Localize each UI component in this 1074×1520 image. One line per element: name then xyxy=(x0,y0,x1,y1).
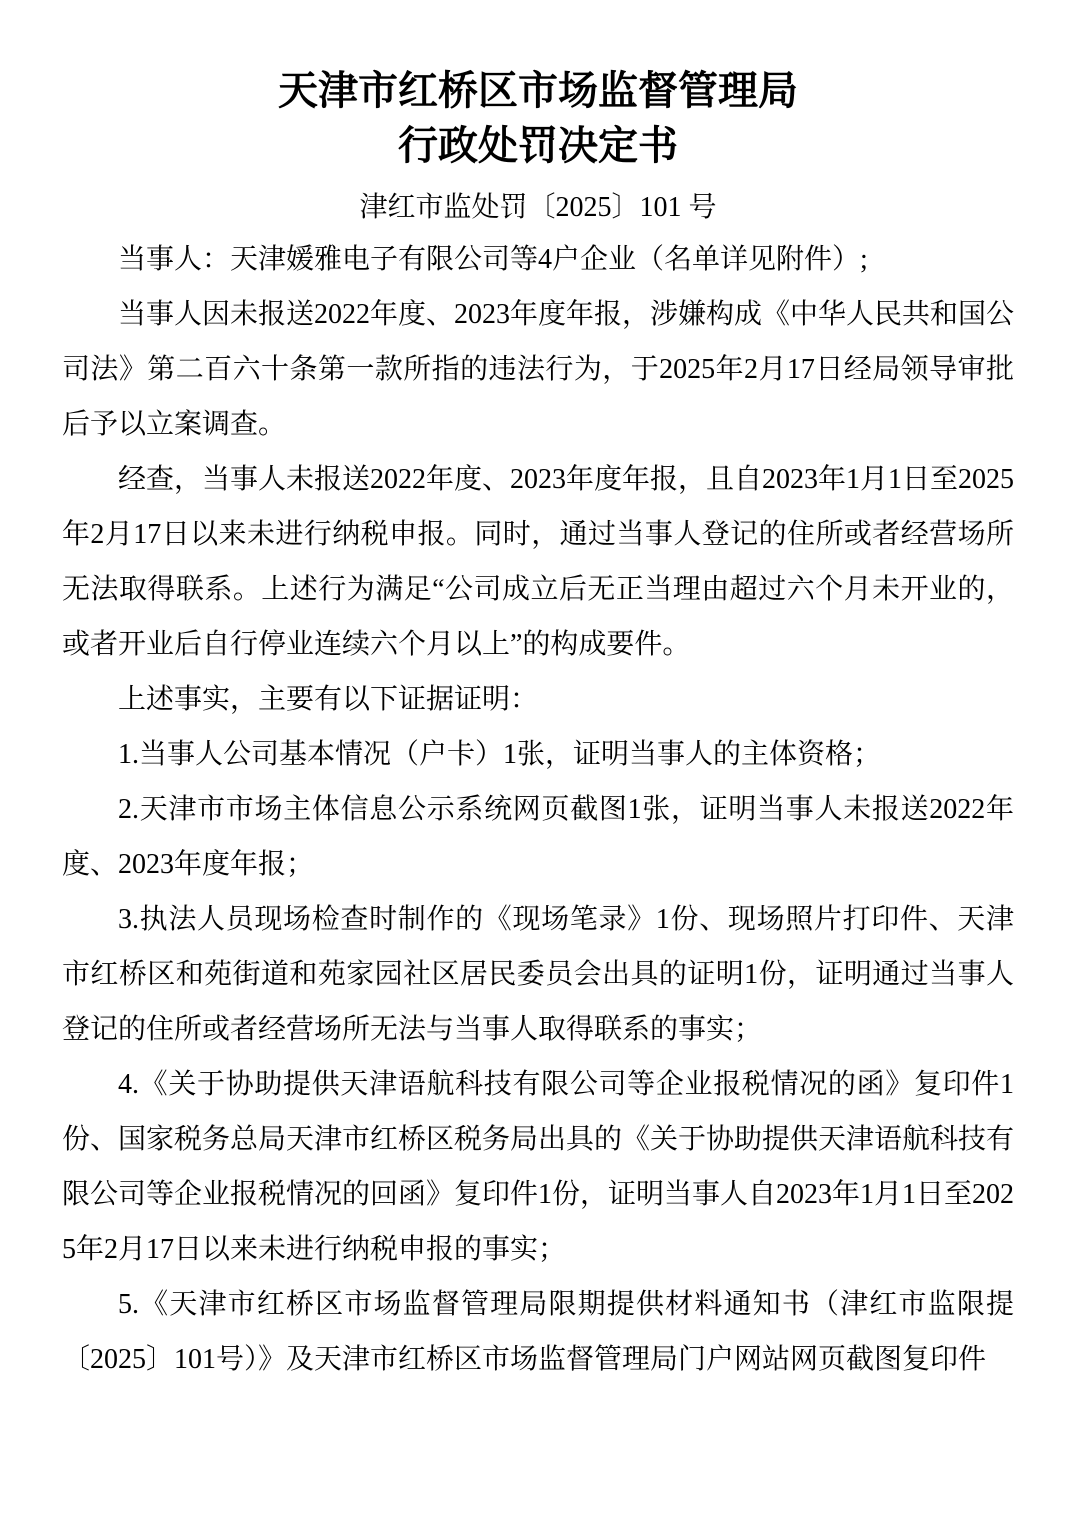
document-title-line1: 天津市红桥区市场监督管理局 xyxy=(278,69,798,113)
evidence-item-5: 5.《天津市红桥区市场监督管理局限期提供材料通知书（津红市监限提〔2025〕10… xyxy=(62,1277,1014,1387)
evidence-item-1: 1.当事人公司基本情况（户卡）1张，证明当事人的主体资格； xyxy=(62,727,1014,782)
document-page: 天津市红桥区市场监督管理局 行政处罚决定书 津红市监处罚〔2025〕101 号 … xyxy=(0,0,1074,1520)
paragraph-evidence-intro: 上述事实，主要有以下证据证明： xyxy=(62,672,1014,727)
evidence-item-4: 4.《关于协助提供天津语航科技有限公司等企业报税情况的函》复印件1份、国家税务总… xyxy=(62,1057,1014,1277)
evidence-item-3: 3.执法人员现场检查时制作的《现场笔录》1份、现场照片打印件、天津市红桥区和苑街… xyxy=(62,892,1014,1057)
document-body: 当事人：天津媛雅电子有限公司等4户企业（名单详见附件）; 当事人因未报送2022… xyxy=(62,232,1014,1387)
paragraph-findings: 经查，当事人未报送2022年度、2023年度年报，且自2023年1月1日至202… xyxy=(62,452,1014,672)
evidence-item-2: 2.天津市市场主体信息公示系统网页截图1张，证明当事人未报送2022年度、202… xyxy=(62,782,1014,892)
paragraph-parties: 当事人：天津媛雅电子有限公司等4户企业（名单详见附件）; xyxy=(62,232,1014,287)
paragraph-case-filing: 当事人因未报送2022年度、2023年度年报，涉嫌构成《中华人民共和国公司法》第… xyxy=(62,287,1014,452)
document-title-line2: 行政处罚决定书 xyxy=(398,124,678,168)
document-title: 天津市红桥区市场监督管理局 行政处罚决定书 xyxy=(62,64,1014,174)
document-number: 津红市监处罚〔2025〕101 号 xyxy=(62,186,1014,230)
